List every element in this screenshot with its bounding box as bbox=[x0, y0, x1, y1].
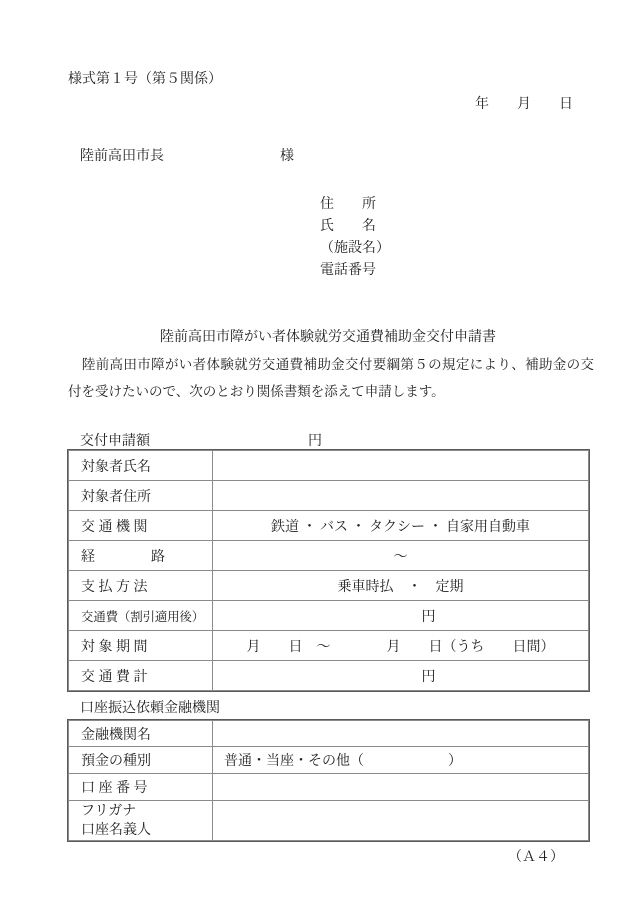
table-row: 経 路 ～ bbox=[69, 541, 589, 571]
row-value: 普通・当座・その他（ ） bbox=[213, 747, 589, 774]
row-value bbox=[213, 451, 589, 481]
table-row: 対象者住所 bbox=[69, 481, 589, 511]
table-row: 預金の種別 普通・当座・その他（ ） bbox=[69, 747, 589, 774]
form-number: 様式第１号（第５関係） bbox=[68, 68, 222, 88]
row-value: 円 bbox=[213, 601, 589, 631]
row-label: 交 通 費 計 bbox=[69, 661, 213, 691]
row-value: 鉄道 ・ バス ・ タクシー ・ 自家用自動車 bbox=[213, 511, 589, 541]
grant-amount-unit: 円 bbox=[308, 430, 322, 450]
addressee-honorific: 様 bbox=[280, 145, 294, 165]
page-size-label: （Ａ４） bbox=[508, 846, 564, 866]
row-value bbox=[213, 721, 589, 747]
grant-amount-label: 交付申請額 bbox=[80, 430, 150, 450]
row-label: 交通費（割引適用後） bbox=[69, 601, 213, 631]
table-row: 交通費（割引適用後） 円 bbox=[69, 601, 589, 631]
bank-section-heading: 口座振込依頼金融機関 bbox=[80, 697, 220, 717]
row-label: 支 払 方 法 bbox=[69, 571, 213, 601]
table-row: フリガナ 口座名義人 bbox=[69, 801, 589, 841]
table-row: 口 座 番 号 bbox=[69, 774, 589, 801]
row-label: 口 座 番 号 bbox=[69, 774, 213, 801]
bank-table: 金融機関名 預金の種別 普通・当座・その他（ ） 口 座 番 号 フリガナ 口座… bbox=[68, 720, 589, 841]
row-label: 対象者住所 bbox=[69, 481, 213, 511]
application-table: 対象者氏名 対象者住所 交 通 機 関 鉄道 ・ バス ・ タクシー ・ 自家用… bbox=[68, 450, 589, 691]
addressee-name: 陸前高田市長 bbox=[80, 145, 164, 165]
row-value: ～ bbox=[213, 541, 589, 571]
date-line: 年 月 日 bbox=[475, 93, 573, 113]
row-label: 預金の種別 bbox=[69, 747, 213, 774]
document-page: 様式第１号（第５関係） 年 月 日 陸前高田市長 様 住 所 氏 名 （施設名）… bbox=[0, 0, 630, 903]
row-value bbox=[213, 481, 589, 511]
row-label: 交 通 機 関 bbox=[69, 511, 213, 541]
row-label: 経 路 bbox=[69, 541, 213, 571]
table-row: 交 通 機 関 鉄道 ・ バス ・ タクシー ・ 自家用自動車 bbox=[69, 511, 589, 541]
row-value: 乗車時払 ・ 定期 bbox=[213, 571, 589, 601]
row-label: 金融機関名 bbox=[69, 721, 213, 747]
document-title: 陸前高田市障がい者体験就労交通費補助金交付申請書 bbox=[68, 326, 588, 346]
table-row: 対 象 期 間 月 日 ～ 月 日（うち 日間） bbox=[69, 631, 589, 661]
row-label: フリガナ 口座名義人 bbox=[69, 801, 213, 841]
table-row: 交 通 費 計 円 bbox=[69, 661, 589, 691]
table-row: 対象者氏名 bbox=[69, 451, 589, 481]
row-value bbox=[213, 801, 589, 841]
table-row: 支 払 方 法 乗車時払 ・ 定期 bbox=[69, 571, 589, 601]
body-paragraph: 陸前高田市障がい者体験就労交通費補助金交付要綱第５の規定により、補助金の交付を受… bbox=[68, 352, 594, 405]
row-value: 月 日 ～ 月 日（うち 日間） bbox=[213, 631, 589, 661]
row-label: 対象者氏名 bbox=[69, 451, 213, 481]
row-value bbox=[213, 774, 589, 801]
table-row: 金融機関名 bbox=[69, 721, 589, 747]
applicant-fields: 住 所 氏 名 （施設名） 電話番号 bbox=[320, 194, 390, 282]
row-label: 対 象 期 間 bbox=[69, 631, 213, 661]
row-value: 円 bbox=[213, 661, 589, 691]
